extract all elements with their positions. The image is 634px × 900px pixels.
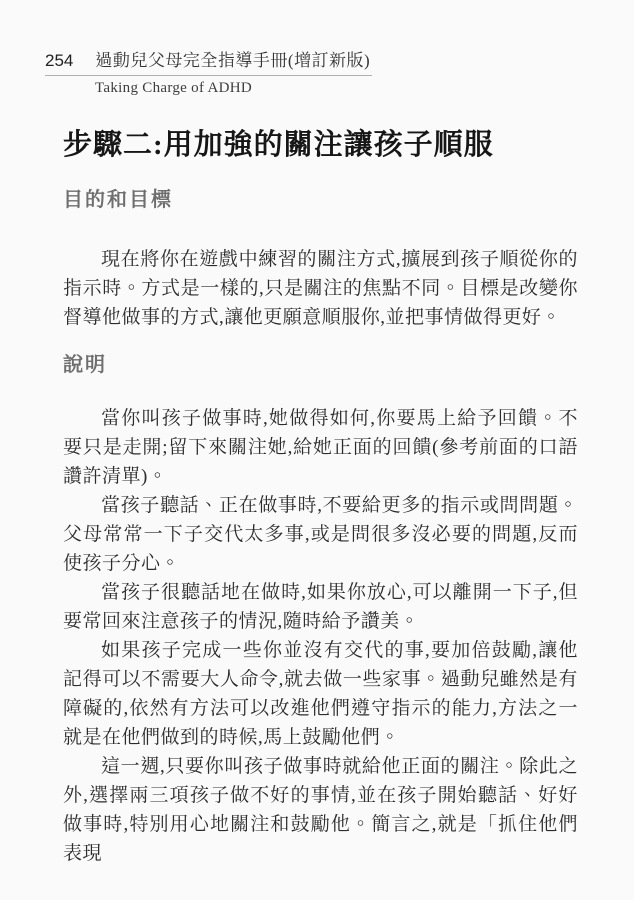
book-subtitle-english: Taking Charge of ADHD <box>95 79 578 98</box>
page-header: 254 過動兒父母完全指導手冊(增訂新版) Taking Charge of A… <box>45 50 578 98</box>
section-goals-body: 現在將你在遊戲中練習的關注方式,擴展到孩子順從你的指示時。方式是一樣的,只是關注… <box>63 245 578 332</box>
paragraph: 這一週,只要你叫孩子做事時就給他正面的關注。除此之外,選擇兩三項孩子做不好的事情… <box>63 752 578 868</box>
section-heading-goals: 目的和目標 <box>63 188 578 212</box>
section-instructions-body: 當你叫孩子做事時,她做得如何,你要馬上給予回饋。不要只是走開;留下來關注她,給她… <box>63 404 578 868</box>
chapter-title: 步驟二:用加強的關注讓孩子順服 <box>63 126 578 164</box>
paragraph: 當孩子聽話、正在做事時,不要給更多的指示或問問題。父母常常一下子交代太多事,或是… <box>63 491 578 578</box>
paragraph: 如果孩子完成一些你並沒有交代的事,要加倍鼓勵,讓他記得可以不需要大人命令,就去做… <box>63 636 578 752</box>
section-heading-instructions: 說明 <box>63 353 578 377</box>
page-content: 步驟二:用加強的關注讓孩子順服 目的和目標 現在將你在遊戲中練習的關注方式,擴展… <box>63 126 578 868</box>
book-page: 254 過動兒父母完全指導手冊(增訂新版) Taking Charge of A… <box>0 0 634 900</box>
book-title: 過動兒父母完全指導手冊(增訂新版) <box>95 50 370 72</box>
header-rule-row: 254 過動兒父母完全指導手冊(增訂新版) <box>45 50 372 76</box>
paragraph: 現在將你在遊戲中練習的關注方式,擴展到孩子順從你的指示時。方式是一樣的,只是關注… <box>63 245 578 332</box>
page-number: 254 <box>45 50 73 72</box>
paragraph: 當你叫孩子做事時,她做得如何,你要馬上給予回饋。不要只是走開;留下來關注她,給她… <box>63 404 578 491</box>
paragraph: 當孩子很聽話地在做時,如果你放心,可以離開一下子,但要常回來注意孩子的情況,隨時… <box>63 578 578 636</box>
